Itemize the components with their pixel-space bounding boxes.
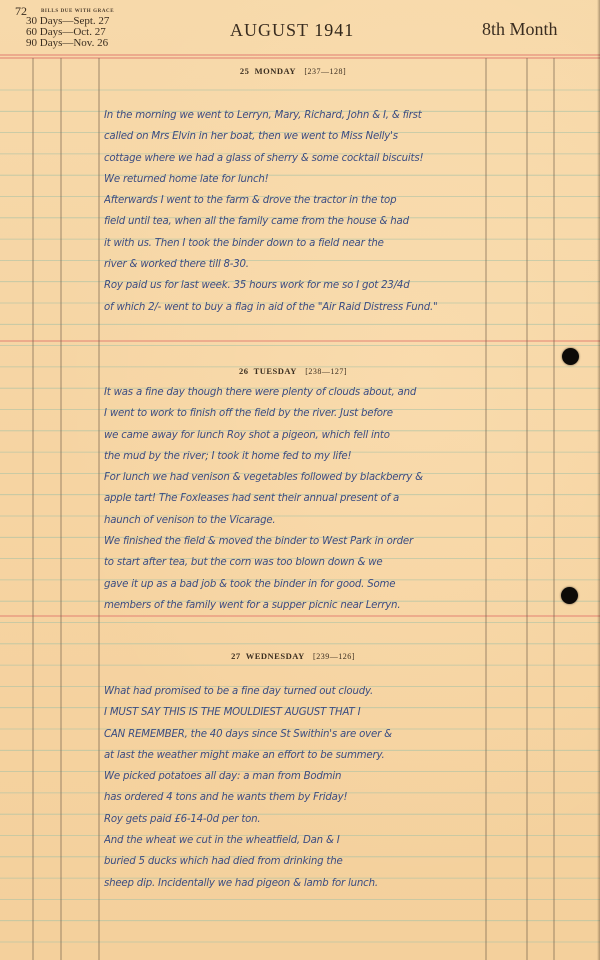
bills-due-heading: BILLS DUE WITH GRACE (41, 9, 114, 14)
month-name: AUGUST (230, 20, 309, 40)
handwritten-line: It was a fine day though there were plen… (104, 382, 484, 403)
handwritten-line: the mud by the river; I took it home fed… (104, 446, 484, 467)
day-weekday: MONDAY (255, 66, 296, 76)
day-date: 25 (240, 66, 250, 76)
handwritten-line: haunch of venison to the Vicarage. (104, 510, 484, 531)
day-range: [238—127] (305, 367, 347, 376)
handwritten-line: field until tea, when all the family cam… (104, 211, 484, 232)
handwritten-line: called on Mrs Elvin in her boat, then we… (104, 126, 484, 147)
handwritten-line: gave it up as a bad job & took the binde… (104, 574, 484, 595)
day-heading-26: 26 TUESDAY [238—127] (100, 366, 486, 376)
handwritten-line: I went to work to finish off the field b… (104, 403, 484, 424)
handwritten-line: We returned home late for lunch! (104, 169, 484, 190)
handwritten-line: Roy paid us for last week. 35 hours work… (104, 275, 484, 296)
diary-entry-25: In the morning we went to Lerryn, Mary, … (104, 105, 484, 318)
handwritten-line: We picked potatoes all day: a man from B… (104, 766, 484, 787)
handwritten-line: at last the weather might make an effort… (104, 745, 484, 766)
handwritten-line: of which 2/- went to buy a flag in aid o… (104, 297, 484, 318)
day-weekday: TUESDAY (254, 366, 297, 376)
day-date: 26 (239, 366, 249, 376)
handwritten-line: members of the family went for a supper … (104, 595, 484, 616)
day-range: [237—128] (304, 67, 346, 76)
handwritten-line: Afterwards I went to the farm & drove th… (104, 190, 484, 211)
month-ordinal: 8th Month (482, 19, 558, 40)
handwritten-line: to start after tea, but the corn was too… (104, 552, 484, 573)
diary-page: 72 BILLS DUE WITH GRACE 30 Days—Sept. 27… (0, 0, 600, 960)
diary-entry-27: What had promised to be a fine day turne… (104, 681, 484, 894)
handwritten-line: has ordered 4 tons and he wants them by … (104, 787, 484, 808)
handwritten-line: And the wheat we cut in the wheatfield, … (104, 830, 484, 851)
handwritten-line: cottage where we had a glass of sherry &… (104, 148, 484, 169)
binder-hole (561, 587, 578, 604)
handwritten-line: We finished the field & moved the binder… (104, 531, 484, 552)
handwritten-line: For lunch we had venison & vegetables fo… (104, 467, 484, 488)
handwritten-line: What had promised to be a fine day turne… (104, 681, 484, 702)
handwritten-line: Roy gets paid £6-14-0d per ton. (104, 809, 484, 830)
day-heading-27: 27 WEDNESDAY [239—126] (100, 651, 486, 661)
day-range: [239—126] (313, 652, 355, 661)
diary-entry-26: It was a fine day though there were plen… (104, 382, 484, 616)
handwritten-line: buried 5 ducks which had died from drink… (104, 851, 484, 872)
binder-hole (562, 348, 579, 365)
handwritten-line: it with us. Then I took the binder down … (104, 233, 484, 254)
handwritten-line: sheep dip. Incidentally we had pigeon & … (104, 873, 484, 894)
handwritten-line: I MUST SAY THIS IS THE MOULDIEST AUGUST … (104, 702, 484, 723)
day-weekday: WEDNESDAY (246, 651, 305, 661)
year: 1941 (314, 20, 354, 40)
handwritten-line: CAN REMEMBER, the 40 days since St Swith… (104, 724, 484, 745)
day-heading-25: 25 MONDAY [237—128] (100, 66, 486, 76)
bills-due-90: 90 Days—Nov. 26 (26, 38, 108, 49)
handwritten-line: river & worked there till 8-30. (104, 254, 484, 275)
handwritten-line: In the morning we went to Lerryn, Mary, … (104, 105, 484, 126)
handwritten-line: we came away for lunch Roy shot a pigeon… (104, 425, 484, 446)
handwritten-line: apple tart! The Foxleases had sent their… (104, 488, 484, 509)
day-date: 27 (231, 651, 241, 661)
page-title: AUGUST 1941 (230, 20, 354, 41)
